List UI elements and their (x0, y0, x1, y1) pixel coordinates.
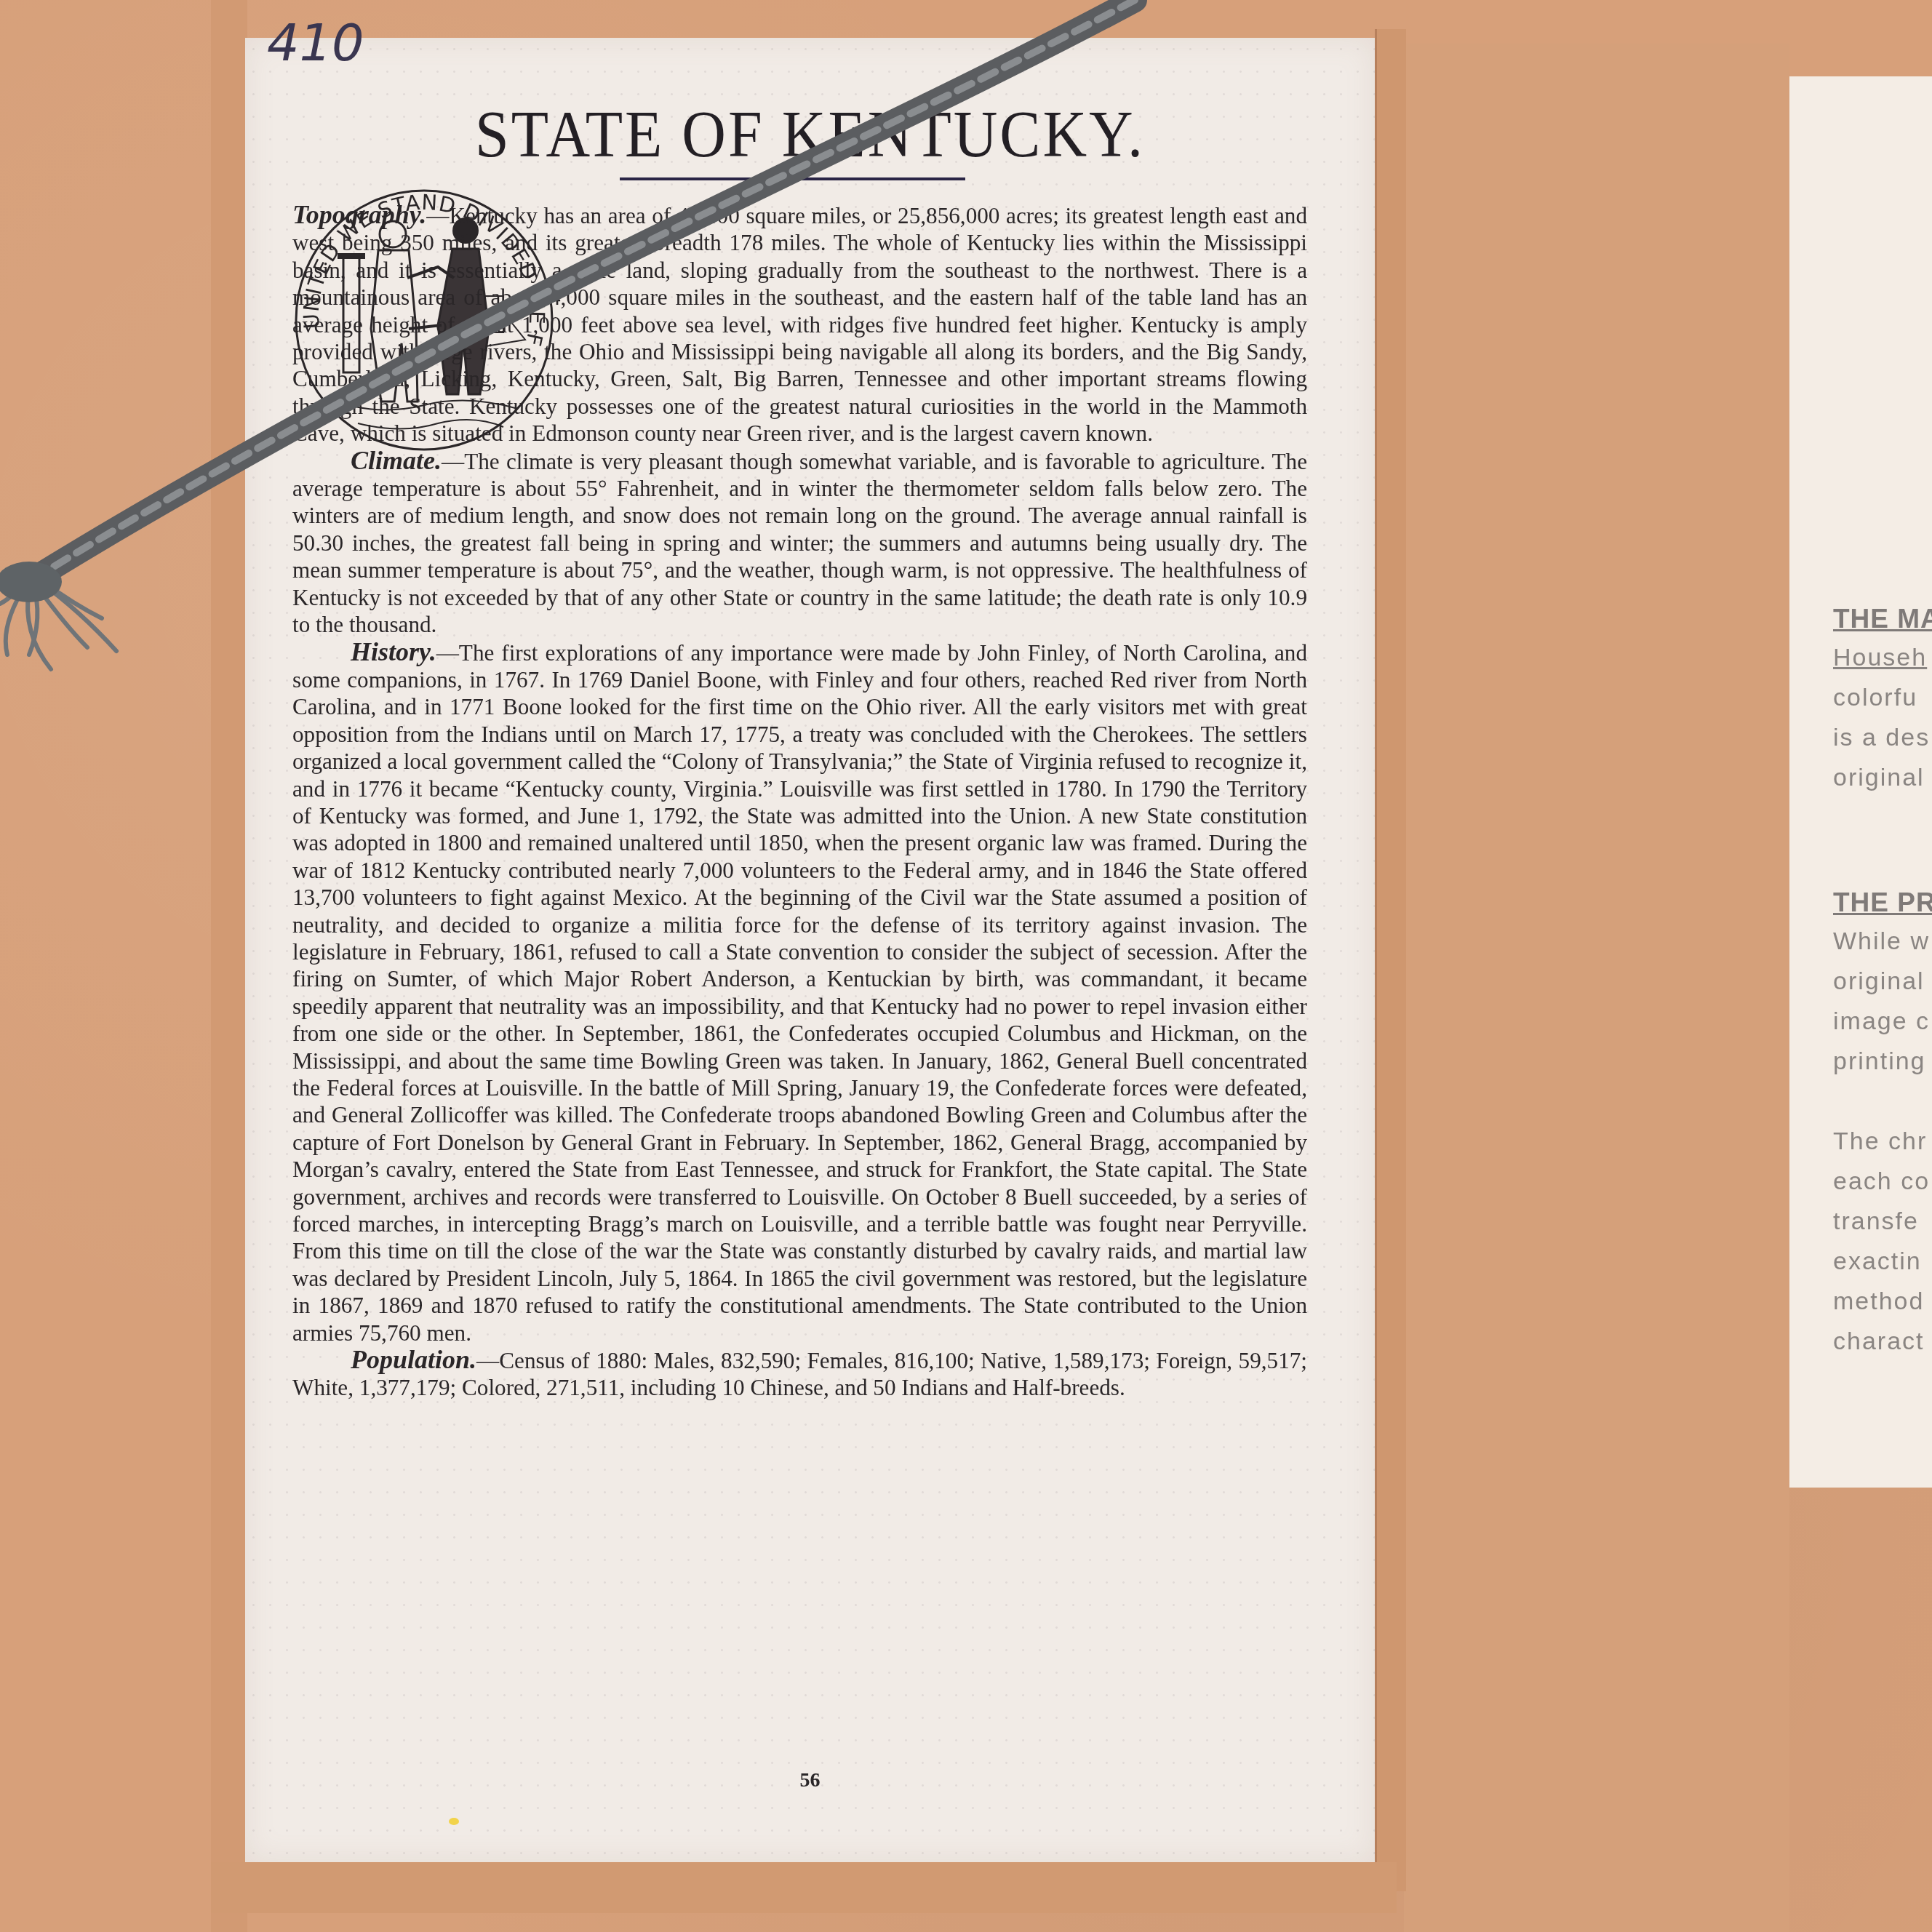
info-heading-2: THE PR (1833, 887, 1932, 918)
backing-strip-bottom (211, 1862, 1397, 1913)
printed-page: 410 STATE OF KENTUCKY. UNITED WE STAND D… (245, 38, 1375, 1862)
info-line: charact (1833, 1328, 1925, 1356)
section-topography: Topography.—Kentucky has an area of 40,4… (292, 201, 1307, 447)
page-number: 56 (245, 1769, 1375, 1792)
info-line: transfe (1833, 1207, 1919, 1236)
info-line: While w (1833, 927, 1930, 956)
article-body: Topography.—Kentucky has an area of 40,4… (292, 201, 1307, 1402)
section-climate: Climate.—The climate is very pleasant th… (292, 447, 1307, 639)
section-population: Population.—Census of 1880: Males, 832,5… (292, 1346, 1307, 1402)
info-line: is a des (1833, 724, 1930, 752)
page-title: STATE OF KENTUCKY. (245, 97, 1375, 173)
info-line: The chr (1833, 1127, 1927, 1156)
info-heading-1: THE MA (1833, 604, 1932, 634)
info-line: method (1833, 1288, 1924, 1316)
section-text-history: —The first explorations of any importanc… (292, 640, 1307, 1346)
title-rule-divider (620, 177, 965, 180)
info-line: printing (1833, 1047, 1926, 1076)
backing-strip-left (211, 0, 247, 1932)
info-line: exactin (1833, 1248, 1922, 1276)
info-line: colorfu (1833, 684, 1917, 712)
section-history: History.—The first explorations of any i… (292, 639, 1307, 1347)
section-text-climate: —The climate is very pleasant though som… (292, 449, 1307, 637)
section-heading-topography: Topography. (292, 200, 426, 229)
backing-strip-right (1375, 29, 1406, 1891)
section-text-topography: —Kentucky has an area of 40,400 square m… (292, 203, 1307, 446)
handwritten-note: 410 (267, 17, 364, 68)
section-heading-climate: Climate. (351, 446, 442, 475)
info-card: THE MA Househ colorfu is a des original … (1789, 76, 1932, 1488)
paper-stain (449, 1818, 459, 1825)
section-heading-history: History. (351, 637, 436, 666)
backing-panel-right (1404, 44, 1789, 1932)
info-line: Househ (1833, 644, 1927, 672)
info-line: image c (1833, 1007, 1930, 1036)
info-line: original (1833, 764, 1925, 792)
info-line: each co (1833, 1167, 1930, 1196)
info-line: original (1833, 967, 1925, 996)
section-heading-population: Population. (351, 1345, 476, 1374)
